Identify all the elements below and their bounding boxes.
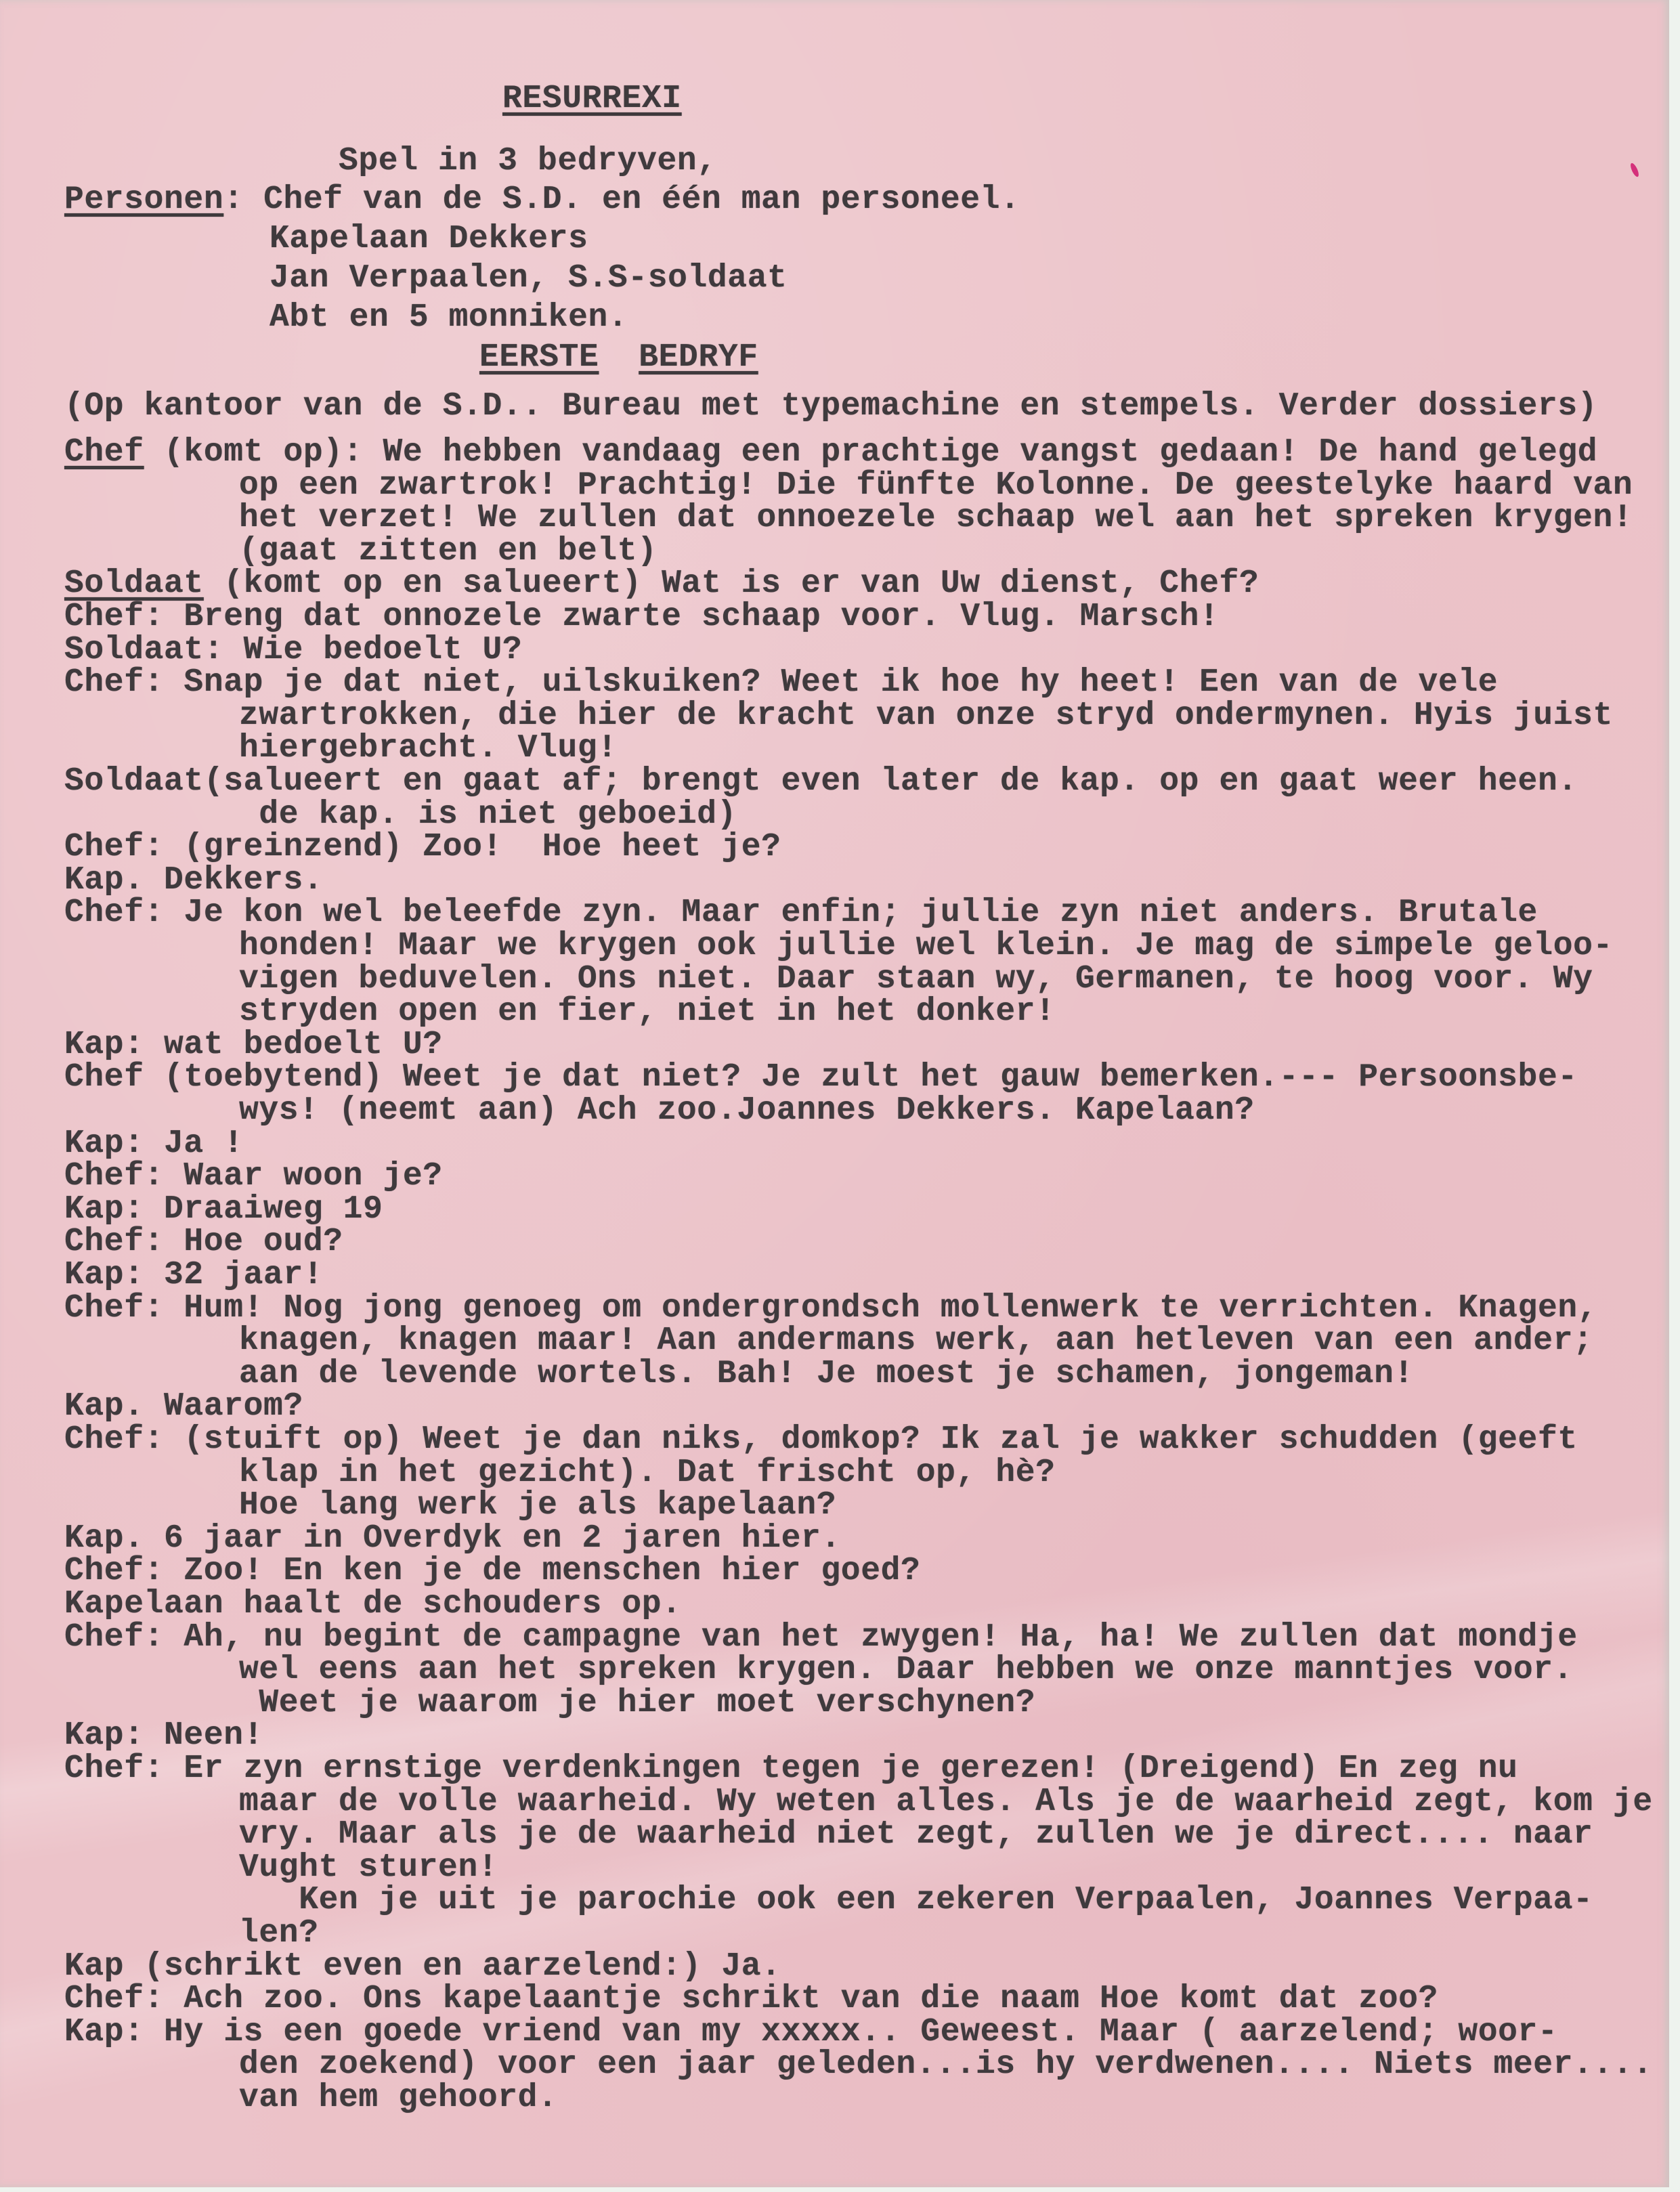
dialogue-continuation: den zoekend) voor een jaar geleden...is … <box>239 2046 1653 2084</box>
speaker-name: Chef: <box>64 1421 164 1458</box>
speaker-name: Kap: <box>64 1191 144 1228</box>
dialogue-text: Ach zoo. Ons kapelaantje schrikt van die… <box>164 1981 1438 2017</box>
dialogue-line: Kap: wat bedoelt U? <box>64 1026 443 1064</box>
dialogue-text: Er zyn ernstige verdenkingen tegen je ge… <box>164 1750 1518 1787</box>
dialogue-continuation: (gaat zitten en belt) <box>239 532 658 570</box>
speaker-name: Kap: <box>64 1027 144 1063</box>
dialogue-text: 32 jaar! <box>144 1257 324 1293</box>
dialogue-line: Kap: Neen! <box>64 1717 263 1755</box>
dialogue-continuation: het verzet! We zullen dat onnoezele scha… <box>239 499 1633 537</box>
speaker-name: Chef <box>64 434 144 471</box>
cast-member: Chef van de S.D. en één man personeel. <box>263 181 1020 218</box>
dialogue-continuation: Ken je uit je parochie ook een zekeren V… <box>239 1881 1593 1919</box>
dialogue-line: Chef: Hum! Nog jong genoeg om ondergrond… <box>64 1289 1597 1327</box>
dialogue-continuation: wys! (neemt aan) Ach zoo.Joannes Dekkers… <box>239 1092 1255 1130</box>
dialogue-continuation: wel eens aan het spreken krygen. Daar he… <box>239 1651 1573 1689</box>
speaker-name: Soldaat <box>64 763 204 800</box>
dialogue-text: Ah, nu begint de campagne van het zwygen… <box>164 1619 1578 1656</box>
dialogue-line: Kap: Ja ! <box>64 1125 244 1163</box>
dialogue-continuation: Weet je waarom je hier moet verschynen? <box>239 1684 1035 1722</box>
dialogue-continuation: klap in het gezicht). Dat frischt op, hè… <box>239 1454 1056 1492</box>
dialogue-text: Kapelaan haalt de schouders op. <box>64 1586 682 1622</box>
dialogue-line: Chef: (greinzend) Zoo! Hoe heet je? <box>64 828 781 866</box>
cast-member: Jan Verpaalen, S.S-soldaat <box>270 259 788 297</box>
dialogue-line: Chef: Hoe oud? <box>64 1223 343 1261</box>
cast-member: Kapelaan Dekkers <box>270 220 588 258</box>
dialogue-continuation: len? <box>239 1914 319 1952</box>
dialogue-text: 6 jaar in Overdyk en 2 jaren hier. <box>144 1520 841 1557</box>
dialogue-text: (stuift op) Weet je dan niks, domkop? Ik… <box>164 1421 1578 1458</box>
speaker-name: Kap: <box>64 2014 144 2050</box>
dialogue-line: Soldaat(salueert en gaat af; brengt even… <box>64 762 1578 800</box>
dialogue-continuation: vry. Maar als je de waarheid niet zegt, … <box>239 1815 1593 1853</box>
dialogue-text: Hum! Nog jong genoeg om ondergrondsch mo… <box>164 1290 1597 1327</box>
act-heading: EERSTE BEDRYF <box>479 339 758 377</box>
speaker-name: Kap. <box>64 862 144 899</box>
dialogue-continuation: Vught sturen! <box>239 1849 498 1887</box>
speaker-name: Chef: <box>64 1553 164 1589</box>
act-heading-word: BEDRYF <box>639 339 758 376</box>
dialogue-continuation: hiergebracht. Vlug! <box>239 729 618 767</box>
dialogue-line: Kap: 32 jaar! <box>64 1256 323 1294</box>
speaker-name: Chef: <box>64 599 164 635</box>
dialogue-text: Ja ! <box>144 1125 244 1162</box>
speaker-name: Chef: <box>64 664 164 701</box>
cast-label: Personen <box>64 181 223 218</box>
speaker-name: Kap: <box>64 1125 144 1162</box>
speaker-name: Chef: <box>64 895 164 931</box>
dialogue-text: Hy is een goede vriend van my xxxxx.. Ge… <box>144 2014 1558 2050</box>
dialogue-line: Chef: Ach zoo. Ons kapelaantje schrikt v… <box>64 1980 1438 2018</box>
dialogue-text: (komt op): We hebben vandaag een prachti… <box>144 434 1598 471</box>
dialogue-text: Snap je dat niet, uilskuiken? Weet ik ho… <box>164 664 1498 701</box>
dialogue-text: (salueert en gaat af; brengt even later … <box>204 763 1578 800</box>
dialogue-text: Hoe oud? <box>164 1224 343 1260</box>
cast-list-row: Personen: Chef van de S.D. en één man pe… <box>64 181 1020 219</box>
dialogue-line: Kap. Waarom? <box>64 1388 303 1425</box>
dialogue-line: Chef: Waar woon je? <box>64 1157 443 1195</box>
dialogue-text: Draaiweg 19 <box>144 1191 383 1228</box>
dialogue-text: Neen! <box>144 1717 263 1754</box>
cast-member: Abt en 5 monniken. <box>270 299 628 337</box>
speaker-name: Chef: <box>64 1750 164 1787</box>
dialogue-text: (toebytend) Weet je dat niet? Je zult he… <box>144 1059 1578 1096</box>
dialogue-text: wat bedoelt U? <box>144 1027 443 1063</box>
dialogue-line: Chef (komt op): We hebben vandaag een pr… <box>64 433 1597 471</box>
speaker-name: Soldaat: <box>64 632 223 668</box>
dialogue-line: Chef: Ah, nu begint de campagne van het … <box>64 1618 1578 1656</box>
dialogue-line: Kap: Hy is een goede vriend van my xxxxx… <box>64 2013 1557 2051</box>
act-heading-word: EERSTE <box>479 339 599 376</box>
speaker-name: Chef: <box>64 1290 164 1327</box>
dialogue-continuation: de kap. is niet geboeid) <box>239 796 737 834</box>
subtitle: Spel in 3 bedryven, <box>339 142 717 180</box>
dialogue-line: Soldaat (komt op en salueert) Wat is er … <box>64 565 1259 603</box>
speaker-name: Soldaat <box>64 565 204 602</box>
dialogue-line: Chef (toebytend) Weet je dat niet? Je zu… <box>64 1058 1578 1096</box>
speaker-name: Chef: <box>64 1224 164 1260</box>
dialogue-continuation: op een zwartrok! Prachtig! Die fünfte Ko… <box>239 467 1633 504</box>
dialogue-line: Kap. 6 jaar in Overdyk en 2 jaren hier. <box>64 1520 841 1557</box>
dialogue-line: Chef: Je kon wel beleefde zyn. Maar enfi… <box>64 894 1538 932</box>
dialogue-line: Chef: Zoo! En ken je de menschen hier go… <box>64 1552 920 1590</box>
dialogue-continuation: stryden open en fier, niet in het donker… <box>239 993 1056 1031</box>
document-title: RESURREXI <box>502 80 682 118</box>
speaker-name: Kap. <box>64 1388 144 1425</box>
stage-direction: (Op kantoor van de S.D.. Bureau met type… <box>64 387 1597 425</box>
speaker-name: Kap <box>64 1948 124 1985</box>
dialogue-line: Kap: Draaiweg 19 <box>64 1190 383 1228</box>
speaker-name: Chef <box>64 1059 144 1096</box>
dialogue-continuation: Hoe lang werk je als kapelaan? <box>239 1486 836 1524</box>
dialogue-line: Chef: Er zyn ernstige verdenkingen tegen… <box>64 1750 1518 1788</box>
dialogue-line: Kapelaan haalt de schouders op. <box>64 1585 682 1623</box>
dialogue-continuation: zwartrokken, die hier de kracht van onze… <box>239 697 1613 735</box>
dialogue-text: Waarom? <box>144 1388 303 1425</box>
speaker-name: Kap: <box>64 1257 144 1293</box>
dialogue-text: Breng dat onnozele zwarte schaap voor. V… <box>164 599 1219 635</box>
typewritten-page: RESURREXI Spel in 3 bedryven, Personen: … <box>0 0 1669 2187</box>
dialogue-text: Wie bedoelt U? <box>223 632 522 668</box>
dialogue-line: Chef: Snap je dat niet, uilskuiken? Weet… <box>64 664 1498 702</box>
dialogue-line: Soldaat: Wie bedoelt U? <box>64 631 522 669</box>
dialogue-continuation: aan de levende wortels. Bah! Je moest je… <box>239 1355 1414 1393</box>
speaker-name: Kap. <box>64 1520 144 1557</box>
speaker-name: Chef: <box>64 1981 164 2017</box>
dialogue-line: Kap. Dekkers. <box>64 861 323 899</box>
dialogue-text: (schrikt even en aarzelend:) Ja. <box>124 1948 781 1985</box>
dialogue-text: Je kon wel beleefde zyn. Maar enfin; jul… <box>164 895 1538 931</box>
dialogue-text: (komt op en salueert) Wat is er van Uw d… <box>204 565 1259 602</box>
speaker-name: Chef: <box>64 829 164 865</box>
speaker-name: Chef: <box>64 1158 164 1195</box>
dialogue-continuation: vigen beduvelen. Ons niet. Daar staan wy… <box>239 960 1593 998</box>
dialogue-text: Waar woon je? <box>164 1158 443 1195</box>
speaker-name: Kap: <box>64 1717 144 1754</box>
dialogue-text: Dekkers. <box>144 862 324 899</box>
dialogue-text: Zoo! En ken je de menschen hier goed? <box>164 1553 920 1589</box>
dialogue-line: Kap (schrikt even en aarzelend:) Ja. <box>64 1948 781 1985</box>
dialogue-continuation: maar de volle waarheid. Wy weten alles. … <box>239 1783 1653 1821</box>
paper-fleck <box>1629 162 1641 177</box>
dialogue-continuation: knagen, knagen maar! Aan andermans werk,… <box>239 1322 1593 1360</box>
dialogue-line: Chef: Breng dat onnozele zwarte schaap v… <box>64 598 1219 636</box>
speaker-name: Chef: <box>64 1619 164 1656</box>
dialogue-continuation: van hem gehoord. <box>239 2079 557 2117</box>
dialogue-line: Chef: (stuift op) Weet je dan niks, domk… <box>64 1421 1578 1459</box>
dialogue-continuation: honden! Maar we krygen ook jullie wel kl… <box>239 927 1613 965</box>
dialogue-text: (greinzend) Zoo! Hoe heet je? <box>164 829 781 865</box>
